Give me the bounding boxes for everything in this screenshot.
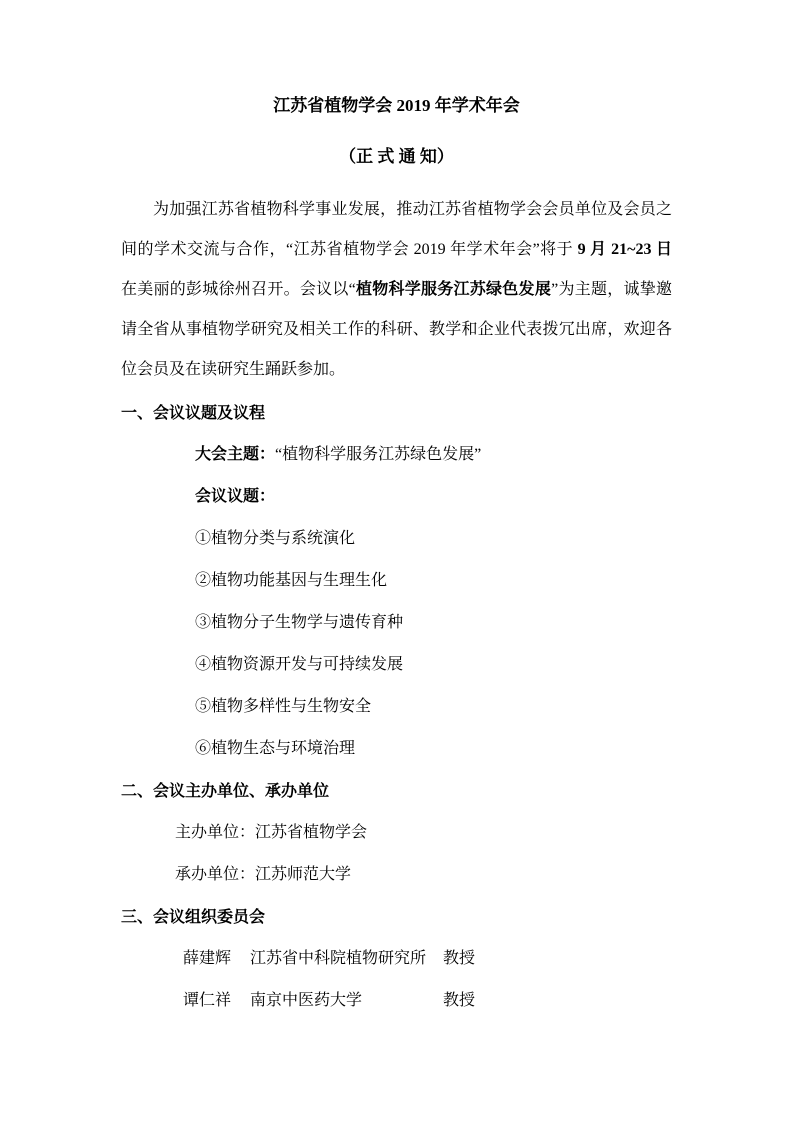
topic-item-1: ①植物分类与系统演化 (121, 518, 672, 560)
topic-item-5: ⑤植物多样性与生物安全 (121, 686, 672, 728)
topic-item-4: ④植物资源开发与可持续发展 (121, 644, 672, 686)
meeting-dates: 9 月 21~23 日 (573, 241, 672, 258)
topics-label: 会议议题： (121, 476, 672, 518)
committee-member-row: 薛建辉 江苏省中科院植物研究所 教授 (121, 938, 672, 980)
topic-item-6: ⑥植物生态与环境治理 (121, 728, 672, 770)
member-title: 教授 (443, 938, 475, 980)
theme-line: 大会主题：“植物科学服务江苏绿色发展” (121, 434, 672, 476)
organizer-label: 承办单位： (175, 866, 255, 883)
member-organization: 南京中医药大学 (250, 980, 443, 1022)
document-title: 江苏省植物学会 2019 年学术年会 (121, 95, 672, 117)
host-value: 江苏省植物学会 (255, 824, 367, 841)
topic-item-3: ③植物分子生物学与遗传育种 (121, 602, 672, 644)
section-1-heading: 一、会议议题及议程 (121, 394, 672, 434)
section-3-heading: 三、会议组织委员会 (121, 898, 672, 938)
organizer-line: 承办单位：江苏师范大学 (121, 854, 672, 896)
member-title: 教授 (443, 980, 475, 1022)
intro-text-2: 在美丽的彭城徐州召开。会议以“ (121, 281, 356, 298)
member-name: 谭仁祥 (183, 980, 250, 1022)
topic-item-2: ②植物功能基因与生理生化 (121, 560, 672, 602)
committee-member-row: 谭仁祥 南京中医药大学 教授 (121, 980, 672, 1022)
conference-theme: 植物科学服务江苏绿色发展 (356, 281, 551, 298)
host-label: 主办单位： (175, 824, 255, 841)
theme-value: “植物科学服务江苏绿色发展” (275, 446, 481, 463)
document-page: 江苏省植物学会 2019 年学术年会 （正 式 通 知） 为加强江苏省植物科学事… (0, 0, 794, 1123)
intro-paragraph: 为加强江苏省植物科学事业发展，推动江苏省植物学会会员单位及会员之间的学术交流与合… (121, 190, 672, 390)
member-name: 薛建辉 (183, 938, 250, 980)
host-line: 主办单位：江苏省植物学会 (121, 812, 672, 854)
organizer-value: 江苏师范大学 (255, 866, 351, 883)
section-2-heading: 二、会议主办单位、承办单位 (121, 772, 672, 812)
theme-label: 大会主题： (195, 446, 275, 463)
member-organization: 江苏省中科院植物研究所 (250, 938, 443, 980)
document-subtitle: （正 式 通 知） (121, 146, 672, 168)
